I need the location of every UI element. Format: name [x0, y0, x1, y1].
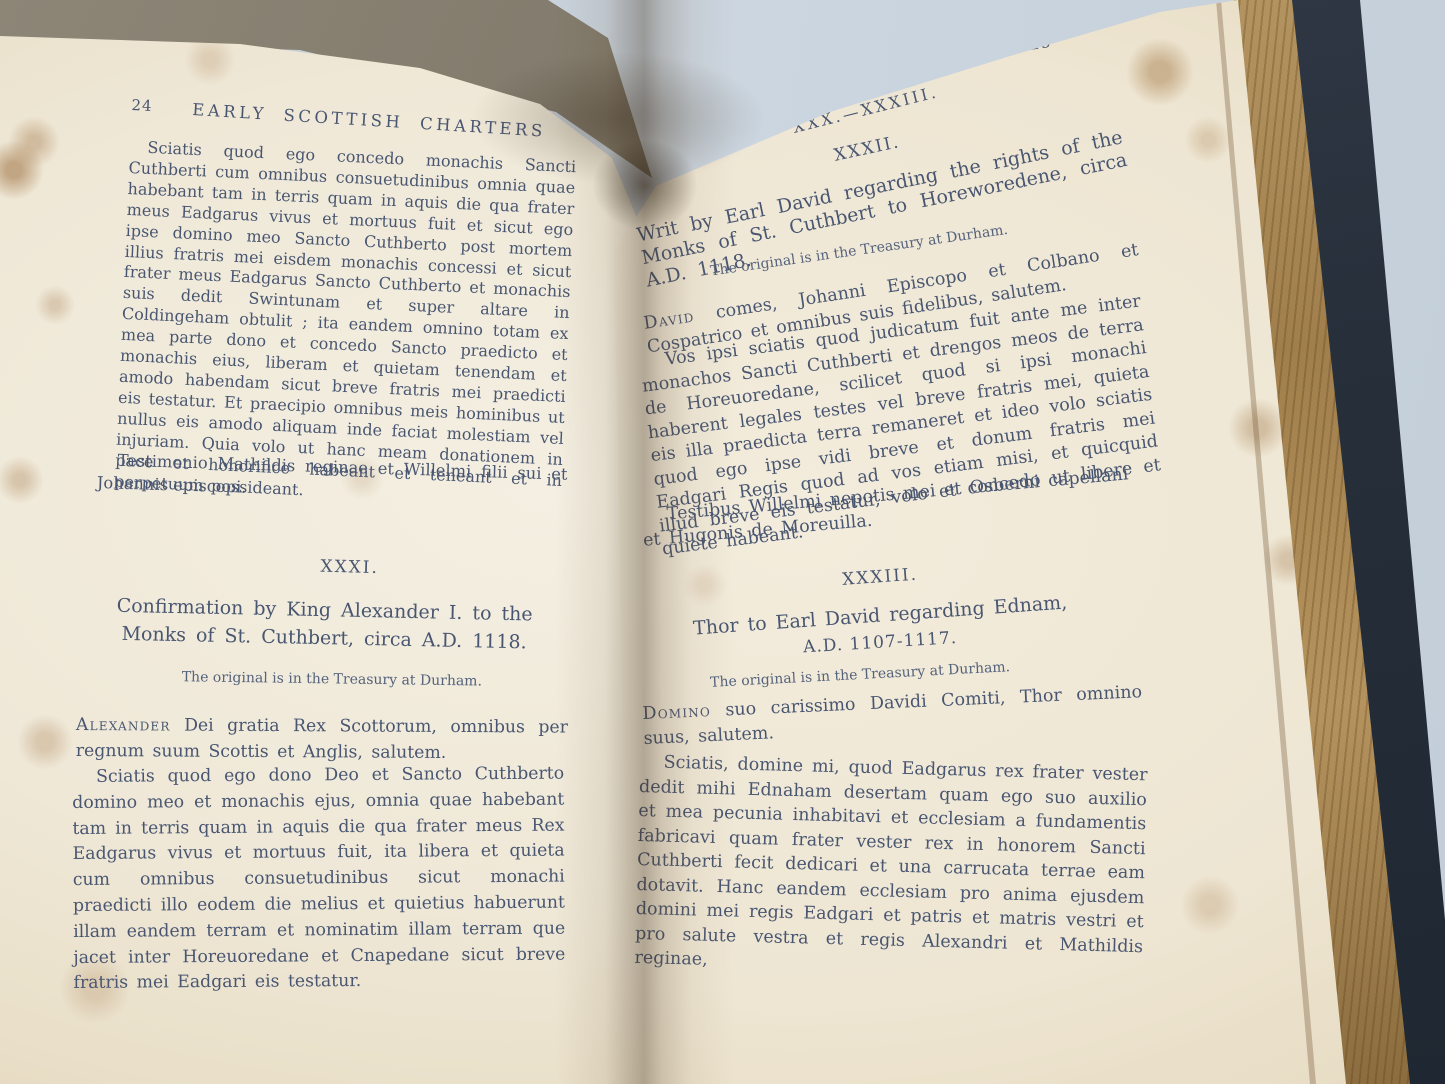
salutation-xxxiii: Domino suo carissimo Davidi Comiti, Thor… [642, 680, 1144, 752]
salutation-rest-xxxiii: suo carissimo Davidi Comiti, Thor omnino… [643, 682, 1142, 749]
charter-number-xxxi: XXXI. [130, 552, 570, 583]
salutation-lead-xxxiii: Domino [642, 701, 711, 724]
salutation-lead-xxxi: Alexander [76, 715, 171, 735]
page-number-left: 24 [131, 96, 153, 115]
charter-body-xxxiii: Sciatis, domine mi, quod Eadgarus rex fr… [634, 750, 1148, 984]
source-note-xxxi: The original is in the Treasury at Durha… [92, 668, 572, 691]
charter-title-xxxi: Confirmation by King Alexander I. to the… [79, 592, 570, 657]
book-photo: 24 EARLY SCOTTISH CHARTERS Sciatis quod … [0, 0, 1445, 1084]
salutation-xxxi: Alexander Dei gratia Rex Scottorum, omni… [76, 712, 568, 767]
running-head-left: EARLY SCOTTISH CHARTERS [159, 98, 579, 143]
charter-body-xxxi: Sciatis quod ego dono Deo et Sancto Cuth… [72, 762, 566, 998]
page-number-right: 25 [1028, 33, 1053, 54]
salutation-lead-xxxii: David [642, 306, 696, 333]
